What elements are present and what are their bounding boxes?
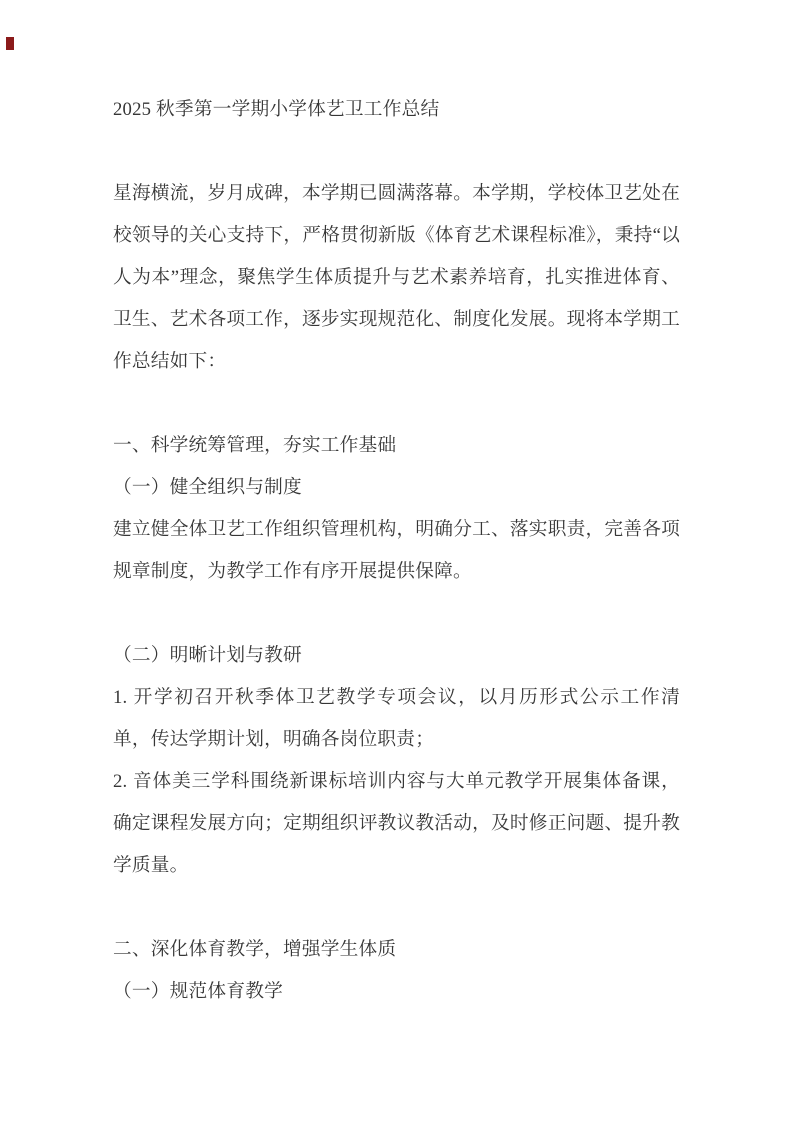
intro-paragraph: 星海横流，岁月成碑，本学期已圆满落幕。本学期，学校体卫艺处在校领导的关心支持下，… — [113, 173, 680, 383]
document-content: 2025 秋季第一学期小学体艺卫工作总结 星海横流，岁月成碑，本学期已圆满落幕。… — [0, 0, 793, 1013]
section-1-sub-1-body: 建立健全体卫艺工作组织管理机构，明确分工、落实职责，完善各项规章制度，为教学工作… — [113, 509, 680, 593]
section-1-sub-2-item-1: 1. 开学初召开秋季体卫艺教学专项会议，以月历形式公示工作清单，传达学期计划，明… — [113, 677, 680, 761]
section-1-sub-1-heading: （一）健全组织与制度 — [113, 467, 680, 509]
document-title: 2025 秋季第一学期小学体艺卫工作总结 — [113, 89, 680, 131]
section-1-heading: 一、科学统筹管理，夯实工作基础 — [113, 425, 680, 467]
section-2-sub-1-heading: （一）规范体育教学 — [113, 971, 680, 1013]
section-1-sub-2-heading: （二）明晰计划与教研 — [113, 635, 680, 677]
section-1-sub-2-item-2: 2. 音体美三学科围绕新课标培训内容与大单元教学开展集体备课，确定课程发展方向；… — [113, 761, 680, 887]
document-page: 2025 秋季第一学期小学体艺卫工作总结 星海横流，岁月成碑，本学期已圆满落幕。… — [0, 0, 793, 1122]
section-2-heading: 二、深化体育教学，增强学生体质 — [113, 929, 680, 971]
